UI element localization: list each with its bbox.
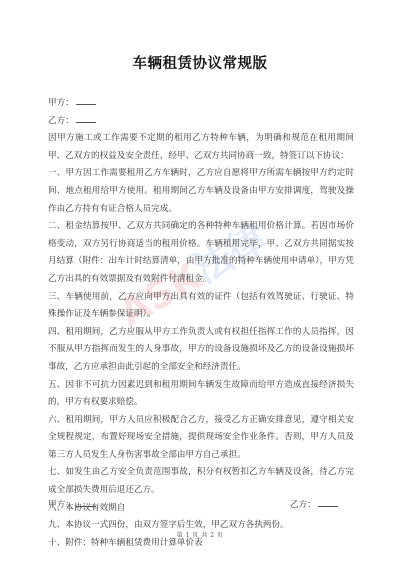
clause-7: 七、如发生由乙方安全负责范围事故，积分有权暂扣乙方车辆及设备，待乙方完成全部损失… [48, 464, 354, 499]
signature-party-b-label: 乙方： [290, 500, 316, 510]
party-a-blank [76, 95, 96, 105]
clause-6: 六、租用期间，甲方人员应积极配合乙方，接受乙方正确安排意见，遵守相关安全规程规定… [48, 412, 354, 465]
party-a-line: 甲方： [48, 95, 354, 113]
clause-1: 一、甲方因工作需要租用乙方车辆时，乙方应自愿将甲方所需车辆按甲方约定时间、地点租… [48, 165, 354, 218]
document-page: ASK法律 车辆租赁协议常规版 甲方： 乙方： 因甲方施工或工作需要不定期的租用… [0, 0, 400, 565]
document-title: 车辆租赁协议常规版 [0, 52, 400, 73]
page-footer: 第 1 页 共 2 页 [0, 530, 400, 539]
party-b-line: 乙方： [48, 113, 354, 131]
signature-party-b-blank [318, 497, 338, 507]
document-body: 甲方： 乙方： 因甲方施工或工作需要不定期的租用乙方特种车辆，为明确和规范在租用… [48, 95, 354, 552]
party-b-label: 乙方： [48, 116, 74, 126]
intro-paragraph: 因甲方施工或工作需要不定期的租用乙方特种车辆，为明确和规范在租用期间甲、乙双方的… [48, 130, 354, 165]
signature-party-b: 乙方： [290, 497, 338, 510]
clause-3: 三、车辆使用前，乙方应向甲方出具有效的证件（包括有效驾驶证、行驶证、特殊操作证及… [48, 289, 354, 324]
clause-4: 四、租用期间，乙方应服从甲方工作负责人或有权担任指挥工作的人员指挥，因不服从甲方… [48, 324, 354, 377]
clause-2: 二、租金结算按甲、乙双方共同确定的各种特种车辆租用价格计算。若因市场价格变动，双… [48, 218, 354, 288]
clause-5: 五、因非不可抗力因素迟到和租用期间车辆发生故障而给甲方造成直接经济损失的，甲方有… [48, 377, 354, 412]
signature-party-a: 甲方： [48, 497, 96, 510]
signature-party-a-label: 甲方： [48, 500, 74, 510]
party-a-label: 甲方： [48, 98, 74, 108]
party-b-blank [76, 113, 96, 123]
signature-party-a-blank [76, 497, 96, 507]
